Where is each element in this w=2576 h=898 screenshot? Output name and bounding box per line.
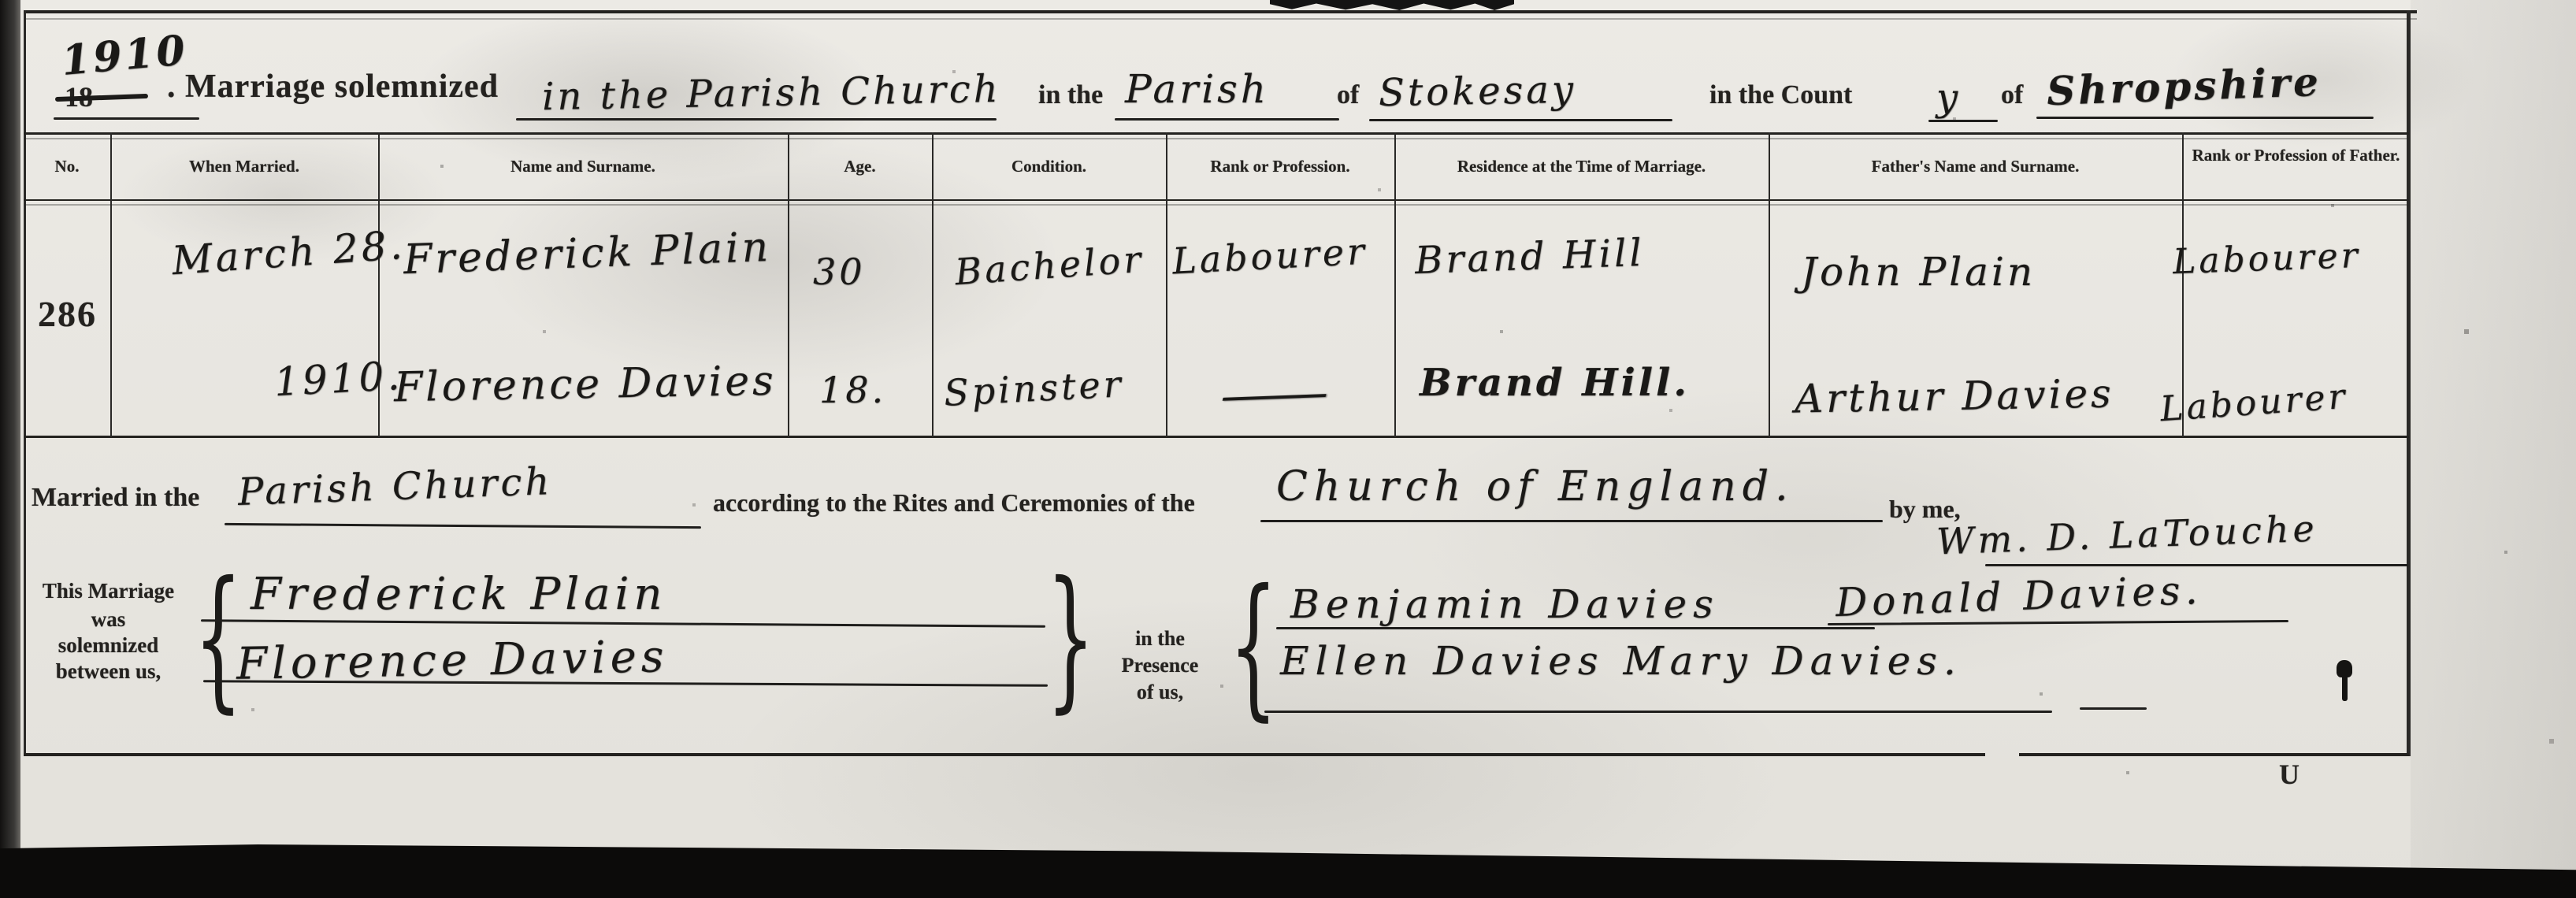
witness-signature-1b: Donald Davies. xyxy=(1835,567,2203,625)
county-label: in the Count xyxy=(1709,80,1852,110)
bride-age: 18. xyxy=(819,369,886,411)
col-sep-7 xyxy=(1769,132,1770,437)
witness-rule-2-dash xyxy=(2080,707,2147,710)
col-sep-6 xyxy=(1394,132,1396,437)
header-top-rule-2 xyxy=(24,138,2409,139)
header-bottom-rule xyxy=(24,199,2409,201)
groom-signature-rule xyxy=(201,619,1045,627)
witness-signature-1a: Benjamin Davies xyxy=(1290,581,1720,627)
parish-name-underline xyxy=(1369,119,1672,121)
county-y-written: y xyxy=(1936,76,1961,120)
solemnized-label-line2: was xyxy=(16,607,201,632)
bride-profession-dash: — xyxy=(1212,365,1344,424)
married-in-label: Married in the xyxy=(32,483,199,513)
bottom-rule-left xyxy=(24,753,1985,756)
open-brace-witnesses: { xyxy=(1229,569,1278,722)
parish-label-underline xyxy=(1115,118,1339,121)
officiant-underline xyxy=(1985,564,2408,566)
col-sep-4 xyxy=(932,132,934,437)
col-sep-5 xyxy=(1166,132,1167,437)
col-header-residence: Residence at the Time of Marriage. xyxy=(1394,156,1769,176)
in-the-label: in the xyxy=(1038,80,1103,110)
when-married-year: 1910. xyxy=(273,353,404,405)
cropped-heading-fragment xyxy=(1270,0,1514,10)
groom-age: 30 xyxy=(813,250,866,293)
close-brace-couple: } xyxy=(1046,561,1095,714)
col-header-father-profession: Rank or Profession of Father. xyxy=(2184,145,2408,165)
entry-number: 286 xyxy=(38,293,97,335)
header-bottom-rule-2 xyxy=(24,204,2409,206)
col-sep-3 xyxy=(788,132,789,437)
col-header-when-married: When Married. xyxy=(110,156,378,176)
bottom-rule-right xyxy=(2019,753,2409,756)
church-written: in the Parish Church xyxy=(542,67,1001,119)
married-in-place-written: Parish Church xyxy=(237,459,553,514)
rites-underline xyxy=(1260,520,1883,522)
ink-dagger-stem xyxy=(2342,674,2348,701)
bride-condition: Spinster xyxy=(943,362,1125,414)
groom-condition: Bachelor xyxy=(953,238,1145,294)
col-header-rank-profession: Rank or Profession. xyxy=(1166,156,1394,176)
bride-name: Florence Davies xyxy=(394,358,778,411)
county-name-underline xyxy=(2036,117,2374,119)
parish-name-written: Stokesay xyxy=(1379,68,1577,115)
of-label-2: of xyxy=(2001,80,2023,110)
groom-residence: Brand Hill xyxy=(1414,231,1645,283)
witness-signature-2: Ellen Davies Mary Davies. xyxy=(1280,638,1962,684)
entries-bottom-rule xyxy=(24,436,2409,438)
marriage-register-scan: 1910 18 . Marriage solemnized in the Par… xyxy=(0,0,2576,898)
rites-label: according to the Rites and Ceremonies of… xyxy=(713,488,1195,518)
groom-name: Frederick Plain xyxy=(403,224,772,284)
presence-label-line1: in the xyxy=(1099,627,1221,651)
county-y-underline xyxy=(1928,120,1998,122)
left-binding-strip xyxy=(0,0,20,898)
right-margin-shade xyxy=(2411,0,2576,898)
county-name-written: Shropshire xyxy=(2046,58,2322,114)
header-top-rule xyxy=(24,132,2409,135)
witness-rule-2 xyxy=(1264,711,2052,713)
col-sep-1 xyxy=(110,132,112,437)
presence-label-line2: Presence xyxy=(1099,654,1221,677)
groom-signature: Frederick Plain xyxy=(251,569,666,620)
bride-father-profession: Labourer xyxy=(2159,377,2350,430)
church-underline xyxy=(516,118,997,121)
margin-corner-mark: U xyxy=(2279,758,2299,791)
col-header-name-surname: Name and Surname. xyxy=(378,156,788,176)
groom-father-profession: Labourer xyxy=(2172,236,2361,282)
when-married-date: March 28. xyxy=(170,222,406,284)
col-header-no: No. xyxy=(24,156,110,176)
top-rule-2 xyxy=(24,18,2417,20)
bottom-scan-band xyxy=(0,831,2576,898)
year-underline xyxy=(54,117,199,120)
bride-residence: Brand Hill. xyxy=(1420,361,1690,405)
parish-label-written: Parish xyxy=(1125,66,1269,112)
solemnized-label-line1: This Marriage xyxy=(16,579,201,603)
solemnized-label-line3: solemnized xyxy=(16,633,201,658)
presence-label-line3: of us, xyxy=(1099,681,1221,704)
form-title: . Marriage solemnized xyxy=(167,68,499,106)
officiant-signature: Wm. D. LaTouche xyxy=(1936,507,2318,563)
col-header-condition: Condition. xyxy=(932,156,1166,176)
groom-father-name: John Plain xyxy=(1801,249,2036,295)
col-header-father-name: Father's Name and Surname. xyxy=(1769,156,2182,176)
rites-written: Church of England. xyxy=(1276,463,1795,510)
groom-profession: Labourer xyxy=(1171,230,1368,283)
solemnized-label-line4: between us, xyxy=(16,659,201,684)
witness-rule-1a xyxy=(1276,627,1875,629)
married-in-underline xyxy=(225,523,701,529)
of-label-1: of xyxy=(1337,80,1359,110)
col-header-age: Age. xyxy=(788,156,932,176)
top-rule xyxy=(24,10,2417,13)
open-brace-couple: { xyxy=(194,561,243,714)
bride-father-name: Arthur Davies xyxy=(1795,370,2115,421)
